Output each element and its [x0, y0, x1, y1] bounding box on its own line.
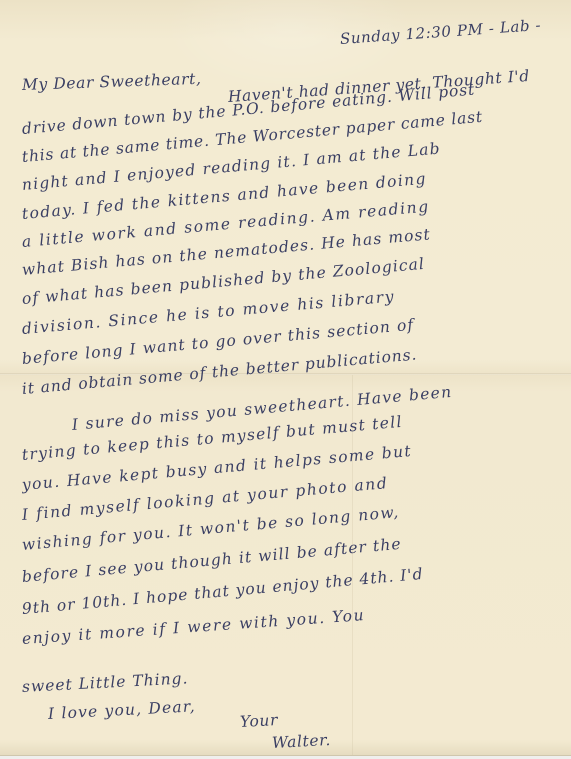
letter-salutation: My Dear Sweetheart,: [22, 70, 202, 94]
letter-header-date: Sunday 12:30 PM - Lab -: [339, 16, 541, 48]
letter-paper: Sunday 12:30 PM - Lab - My Dear Sweethea…: [0, 0, 571, 756]
letter-signature: Walter.: [272, 731, 332, 752]
letter-line: sweet Little Thing.: [22, 669, 189, 696]
letter-closing: I love you, Dear,: [48, 697, 197, 723]
letter-valediction: Your: [240, 711, 279, 731]
